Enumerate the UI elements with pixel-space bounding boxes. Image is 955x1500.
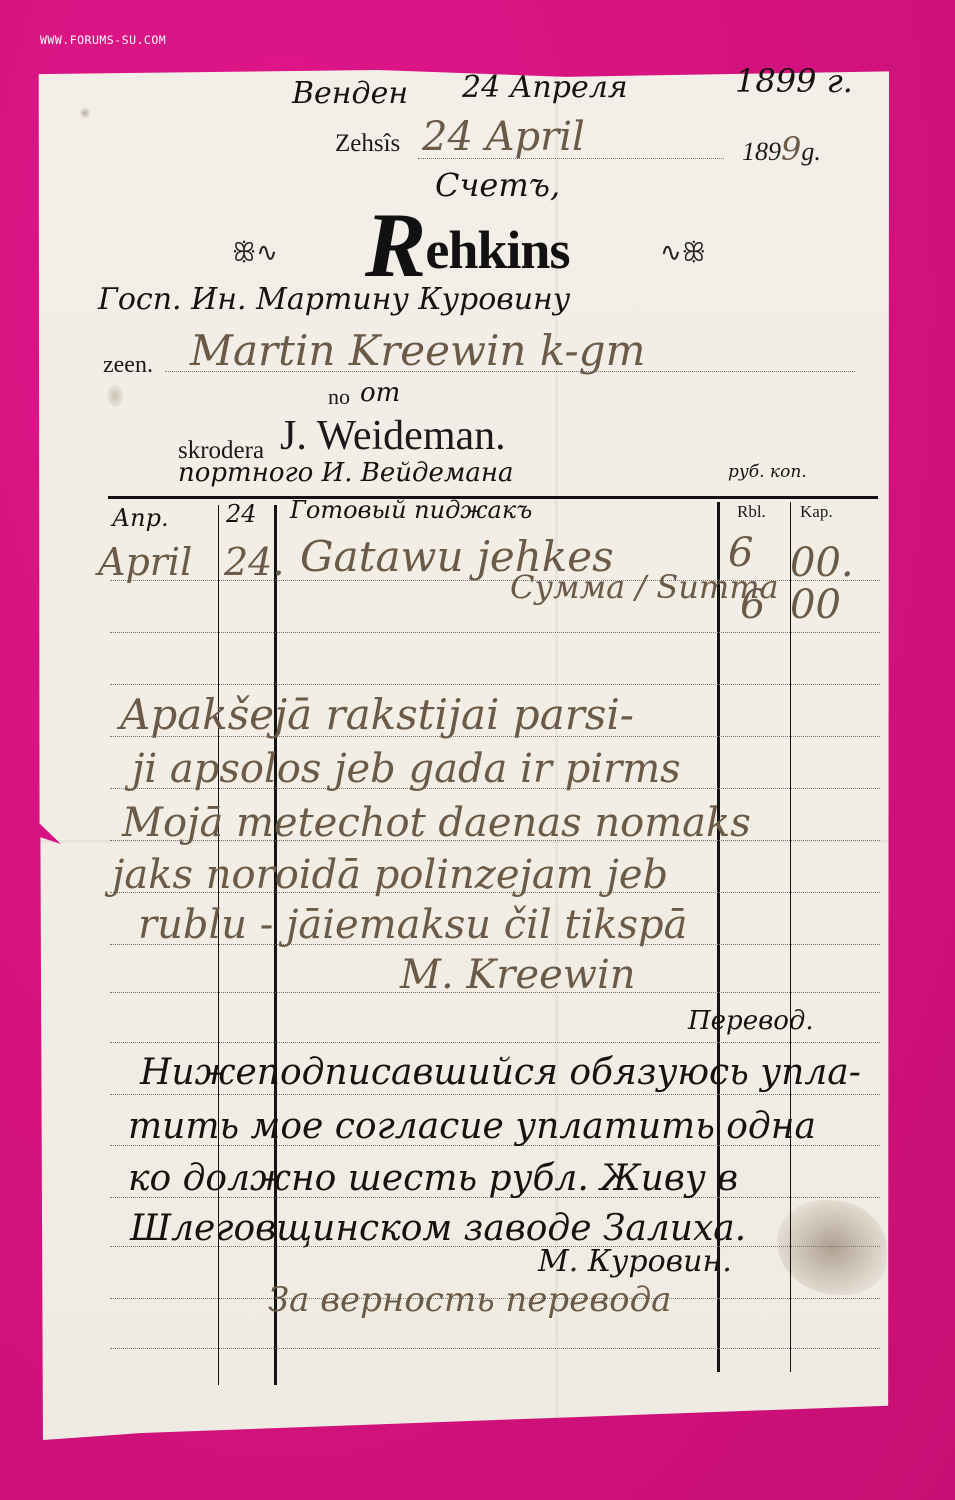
russian-note-line-1: Нижеподписавшийся обязуюсь упла-: [140, 1052, 861, 1093]
handwritten-cyrillic-date: 24 Апреля: [462, 70, 628, 105]
year-prefix: 189: [742, 137, 781, 166]
from-abbrev: от: [360, 378, 400, 408]
translation-label: Перевод.: [688, 1006, 814, 1036]
row3-description: Сумма / Summa: [510, 568, 779, 606]
certification-note: За верность перевода: [268, 1280, 671, 1320]
printed-place-label: Zehsîs: [335, 130, 400, 158]
column-header-rbl: Rbl.: [737, 502, 766, 522]
year-suffix: g.: [801, 137, 821, 166]
latvian-note-line-3: Mojā metechot daenas nomaks: [122, 800, 751, 846]
row3-kap: 00: [790, 582, 841, 628]
latvian-note-line-5: rublu - jāiemaksu čil tikspā: [138, 902, 688, 948]
recipient-label: zeen.: [103, 352, 153, 379]
currency-cyrillic: руб. коп.: [728, 462, 807, 482]
watermark: WWW.FORUMS-SU.COM: [40, 33, 166, 47]
recipient-name: Martin Kreewin k-gm: [190, 326, 645, 375]
stain: [107, 385, 123, 407]
latvian-note-line-1: Apakšejā rakstijai parsi-: [120, 690, 634, 739]
ornament-left-icon: ꕥ∿: [232, 238, 278, 269]
printed-year: 1899g.: [742, 130, 821, 168]
latvian-note-line-4: jaks noroidā polinzejam jeb: [112, 852, 668, 898]
row2-month: April: [98, 540, 192, 584]
row2-day: 24.: [224, 540, 284, 584]
latvian-signature: M. Kreewin: [400, 952, 636, 998]
stain: [777, 1200, 887, 1295]
russian-note-line-2: тить мое согласие уплатить одна: [128, 1106, 816, 1147]
title-rest: ehkins: [425, 220, 569, 280]
row1-month: Апр.: [112, 504, 169, 532]
title-initial: R: [365, 194, 425, 296]
handwritten-cyrillic-place: Венден: [292, 76, 408, 111]
column-header-kap: Kap.: [800, 502, 833, 522]
handwritten-year-digit: 9: [781, 130, 801, 168]
russian-note-line-4: Шлеговщинском заводе Залиха.: [130, 1208, 746, 1249]
row2-kap: 00.: [790, 540, 854, 586]
recipient-cyrillic: Госп. Ин. Мартину Куровину: [98, 282, 570, 317]
tailor-cyrillic: портного И. Вейдемана: [178, 458, 514, 488]
latvian-note-line-2: ji apsolos jeb gada ir pirms: [132, 746, 681, 792]
russian-note-line-3: ко должно шесть рубл. Живу в: [128, 1158, 738, 1199]
from-prefix: no: [328, 384, 350, 410]
handwritten-cyrillic-year: 1899 г.: [735, 62, 853, 100]
row3-rbl: 6: [740, 582, 765, 628]
handwritten-date: 24 April: [422, 114, 585, 160]
tailor-name: J. Weideman.: [280, 412, 506, 460]
row1-description: Готовый пиджакъ: [290, 496, 532, 524]
ornament-right-icon: ∿ꕥ: [660, 238, 706, 269]
russian-signature: М. Куровин.: [538, 1244, 732, 1279]
stain: [80, 108, 90, 118]
row1-day: 24: [226, 500, 257, 528]
